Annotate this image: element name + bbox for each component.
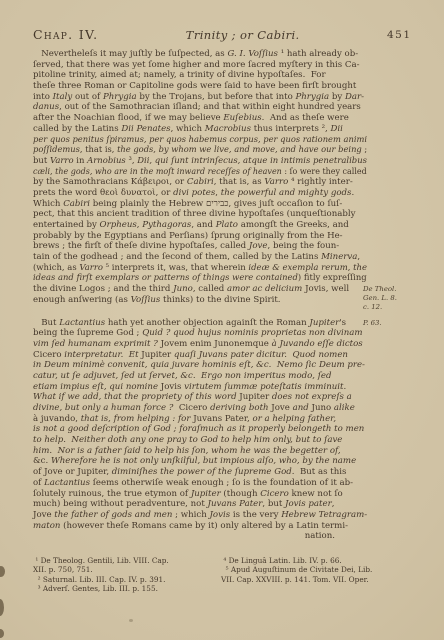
text-line: etiam impius eſt, qui nomine Jovis virtu… <box>33 382 367 393</box>
footnotes: ¹ De Theolog. Gentili, Lib. VIII. Cap.XI… <box>33 556 409 594</box>
text-line: poſſidemus, that is, the gods, by whom w… <box>33 145 356 156</box>
scan-smudge <box>0 629 4 638</box>
scan-smudge <box>0 566 5 577</box>
footnotes-right-column: ⁴ De Linguâ Latin. Lib. IV. p. 66. ⁵ Apu… <box>221 556 409 594</box>
text-line: vim ſed humanam exprimit ? Jovem enim Ju… <box>33 339 367 350</box>
text-line: à juvando, that is, from helping : for J… <box>33 414 367 425</box>
text-line: pect, that this ancient tradition of thr… <box>33 209 367 220</box>
text-line: per quos penitus ſpiramus, per quos habe… <box>33 135 356 146</box>
text-line: But Lactantius hath yet another objectio… <box>33 318 367 329</box>
text-line: prets the word θεοὶ δυνατοὶ, or divi pot… <box>33 188 367 199</box>
text-line: (which, as Varro ⁵ interprets it, was, t… <box>33 263 362 274</box>
text-line: XII. p. 750, 751. <box>33 565 221 574</box>
text-line: him. Nor is a father ſaid to help his ſo… <box>33 446 367 457</box>
text-line: theſe three Roman or Capitoline gods wer… <box>33 81 367 92</box>
text-line: ſerved, that there was yet ſome higher a… <box>33 60 367 71</box>
text-line: ideas and firſt exemplars or patterns of… <box>33 273 359 284</box>
text-line: maton (however theſe Romans came by it) … <box>33 521 367 532</box>
margin-note-page-ref: P. 63. <box>363 319 425 328</box>
text-line: entertained by Orpheus, Pythagoras, and … <box>33 220 367 231</box>
text-line: c. 12. <box>363 303 425 312</box>
text-line: Gen. L. 8. <box>363 294 425 303</box>
text-line: into Italy out of Phrygia by the Trojans… <box>33 92 367 103</box>
footnotes-left-column: ¹ De Theolog. Gentili, Lib. VIII. Cap.XI… <box>33 556 221 594</box>
text-line: much) being without peradventure, not Ju… <box>33 499 367 510</box>
paragraph-2: But Lactantius hath yet another objectio… <box>33 318 367 532</box>
text-line: the divine Logos ; and the third Juno, c… <box>33 284 367 295</box>
text-line: but Varro in Arnobius ³, Dii, qui ſunt i… <box>33 156 362 167</box>
text-line: catur, ut ſe adjuvet, ſed ut ſervet, &c.… <box>33 371 367 382</box>
catchword: nation. <box>33 531 367 542</box>
text-line: VII. Cap. XXVIII. p. 141. Tom. VII. Oper… <box>221 575 409 584</box>
text-line: danus, out of the Samothracian iſland; a… <box>33 102 367 113</box>
text-line: called by the Latins Dii Penates, which … <box>33 124 367 135</box>
text-line: What if we add, that the propriety of th… <box>33 392 367 403</box>
paragraph-1: Nevertheleſs it may juſtly be ſuſpected,… <box>33 49 367 306</box>
text-line: Which Cabiri being plainly the Hebrew כב… <box>33 199 367 210</box>
text-line: divine, but only a human force ? Cicero … <box>33 403 367 414</box>
text-line: brews ; the firſt of theſe divine hypoſt… <box>33 241 367 252</box>
scan-smudge <box>0 599 4 616</box>
book-page-scan: 451 Chap. IV. Trinity ; or Cabiri. Never… <box>0 0 444 640</box>
text-line: pitoline trinity, aimed at; namely, a tr… <box>33 70 367 81</box>
text-line: ³ Adverſ. Gentes, Lib. III. p. 155. <box>33 584 221 593</box>
text-line: to help. Neither doth any one pray to Go… <box>33 435 367 446</box>
text-line: Cicero interpretatur. Et Jupiter quaſi J… <box>33 350 367 361</box>
text-line: tain of the godhead ; and the ſecond of … <box>33 252 367 263</box>
text-line: ² Saturnal. Lib. III. Cap. IV. p. 391. <box>33 575 221 584</box>
text-line: Nevertheleſs it may juſtly be ſuſpected,… <box>33 49 367 60</box>
text-line: of Lactantius ſeems otherwiſe weak enoug… <box>33 478 367 489</box>
text-line: De Theol. <box>363 285 425 294</box>
text-line: ſolutely ruinous, the true etymon of Jup… <box>33 489 367 500</box>
text-line: of Jove or Jupiter, diminiſhes the power… <box>33 467 367 478</box>
page-number: 451 <box>387 29 412 41</box>
text-line: cæli, the gods, who are in the moſt inwa… <box>33 167 343 178</box>
scan-smudge <box>129 619 133 622</box>
text-line: after the Noachian flood, if we may beli… <box>33 113 367 124</box>
text-line: ⁵ Apud Auguſtinum de Civitate Dei, Lib. <box>221 565 409 574</box>
text-line: is not a good deſcription of God ; foraſ… <box>33 424 367 435</box>
text-line: in Deum minimè convenit, quia juvare hom… <box>33 360 367 371</box>
running-header: Chap. IV. Trinity ; or Cabiri. <box>33 27 367 43</box>
margin-note-citation: De Theol.Gen. L. 8.c. 12. <box>363 285 425 311</box>
text-line: Jove the father of gods and men ; which … <box>33 510 367 521</box>
text-line: &c. Wherefore he is not only unſkilful, … <box>33 456 367 467</box>
page-title: Trinity ; or Cabiri. <box>108 28 377 42</box>
text-line: by the Samothracians Κάβειροι, or Cabiri… <box>33 177 367 188</box>
text-line: ⁴ De Linguâ Latin. Lib. IV. p. 66. <box>221 556 409 565</box>
text-line: probably by the Egyptians and Perſians) … <box>33 231 367 242</box>
text-line: ¹ De Theolog. Gentili, Lib. VIII. Cap. <box>33 556 221 565</box>
text-block: Chap. IV. Trinity ; or Cabiri. Neverthel… <box>33 27 367 542</box>
text-line: being the ſupreme God ; Quid ? quod huju… <box>33 328 367 339</box>
body-text: Nevertheleſs it may juſtly be ſuſpected,… <box>33 49 367 542</box>
text-line: P. 63. <box>363 319 425 328</box>
text-line: enough anſwering (as Voſſius thinks) to … <box>33 295 367 306</box>
chapter-heading: Chap. IV. <box>33 27 98 42</box>
